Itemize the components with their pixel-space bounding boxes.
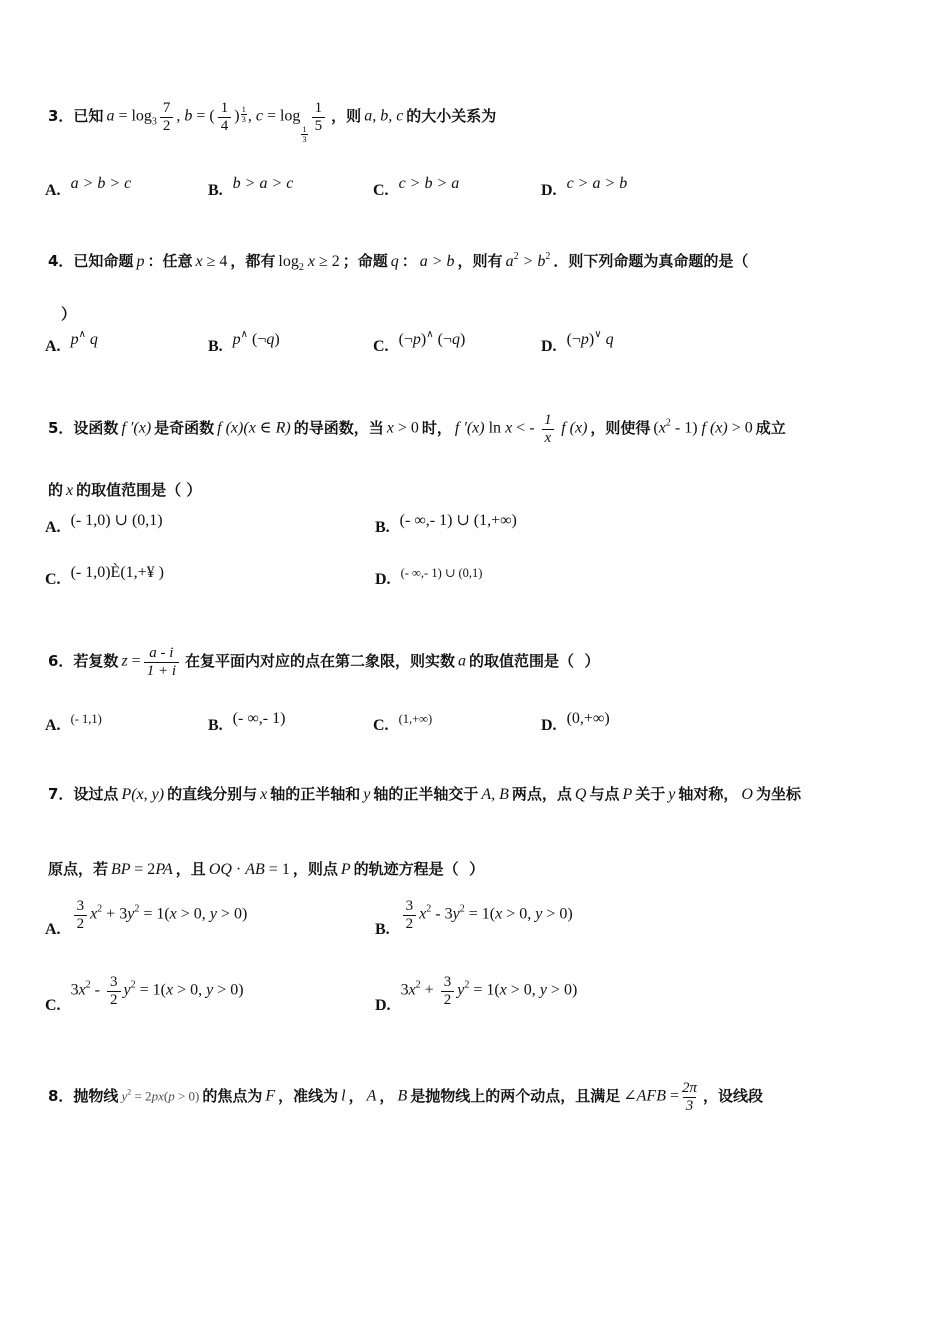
text-run: ∨	[594, 329, 601, 340]
option-content: (- 1,0)È(1,+¥ )	[71, 564, 164, 582]
text-run: 3	[401, 982, 409, 999]
option-b: B.(- ∞,- 1)	[208, 717, 373, 735]
text-run: 时，	[422, 419, 452, 437]
text-run: z	[121, 653, 131, 670]
text-run: x	[505, 420, 516, 437]
text-run: c > a > b	[567, 175, 628, 192]
option-label: D.	[541, 338, 557, 356]
option-b: B.(- ∞,- 1) ∪ (1,+∞)	[375, 517, 913, 537]
option-c: C.(- 1,0)È(1,+¥ )	[45, 571, 375, 589]
option-d: D.c > a > b	[541, 182, 913, 200]
question-5-options: A.(- 1,0) ∪ (0,1) B.(- ∞,- 1) ∪ (1,+∞) C…	[45, 517, 913, 589]
option-content: 32x2 - 3y2 = 1(x > 0, y > 0)	[400, 898, 573, 932]
text-run: y	[363, 786, 370, 803]
text-run: ：任意	[147, 252, 192, 270]
text-run: = 1(	[469, 982, 499, 999]
text-run: - 1)	[671, 420, 698, 437]
text-run: = 1(	[139, 906, 169, 923]
fraction-numerator: a - i	[149, 645, 173, 662]
text-run: px	[152, 1089, 164, 1104]
option-d: D.3x2 + 32y2 = 1(x > 0, y > 0)	[375, 981, 913, 1015]
text-run: y	[457, 982, 464, 999]
option-label: C.	[373, 182, 389, 200]
option-content: (- 1,1)	[71, 710, 102, 728]
fraction: 15	[312, 100, 326, 134]
text-run: y	[668, 786, 675, 803]
text-run: AFB	[637, 1088, 670, 1105]
text-run: x	[66, 482, 73, 499]
option-label: C.	[45, 997, 61, 1015]
text-run: 3	[152, 117, 157, 128]
text-run: x	[90, 906, 97, 923]
text-run: AB	[245, 861, 269, 878]
option-label: A.	[45, 519, 61, 537]
text-run: P(x, y)	[121, 786, 164, 803]
text-run: p	[136, 253, 144, 270]
text-run: ≥ 2	[319, 253, 340, 270]
fraction: 2π3	[682, 1080, 697, 1114]
question-5-stem-line2: 的x的取值范围是（ ）	[45, 479, 204, 500]
text-run: 原点，若	[48, 860, 108, 878]
text-run: Q	[575, 786, 587, 803]
text-run: 轴对称，	[678, 785, 738, 803]
text-run: +	[421, 982, 438, 999]
option-label: C.	[373, 338, 389, 356]
text-run: (¬	[567, 331, 581, 348]
question-5-stem: 5．设函数f ′(x)是奇函数f (x)(x ∈ R)的导函数，当x > 0时，…	[45, 412, 789, 446]
text-run: 的取值范围是（ ）	[469, 652, 599, 670]
text-run: (- ∞,- 1) ∪ (0,1)	[401, 566, 483, 580]
text-run: 是抛物线上的两个动点，且满足	[410, 1087, 620, 1105]
text-run: ，设线段	[703, 1087, 763, 1105]
text-run: x	[659, 420, 666, 437]
fraction-numerator: 1	[221, 100, 229, 117]
option-content: a > b > c	[71, 175, 132, 193]
fraction-numerator: 3	[77, 898, 85, 915]
text-run: = 1(	[136, 982, 166, 999]
option-c: C.(1,+∞)	[373, 717, 541, 735]
text-run: > 0,	[506, 906, 535, 923]
text-run: (- ∞,- 1) ∪ (1,+∞)	[400, 512, 517, 529]
fraction: a - i1 + i	[144, 645, 179, 679]
fraction-numerator: 3	[406, 898, 414, 915]
text-run: 的大小关系为	[406, 107, 496, 125]
fraction-denominator: 3	[241, 114, 247, 124]
fraction: 14	[218, 100, 232, 134]
option-content: (- ∞,- 1) ∪ (0,1)	[401, 564, 483, 582]
text-run: (- ∞,- 1)	[233, 710, 286, 727]
text-run: (1,+∞)	[399, 712, 433, 726]
text-run: 的取值范围是（ ）	[76, 481, 201, 499]
text-run: )	[234, 108, 239, 125]
text-run: ，	[379, 1087, 394, 1105]
text-run: > 0)	[551, 982, 577, 999]
question-8-stem: 8．抛物线y2 = 2px(p > 0)的焦点为F，准线为l，A，B是抛物线上的…	[45, 1080, 766, 1114]
text-run: (¬	[399, 331, 413, 348]
text-run: )	[460, 331, 465, 348]
fraction: 13	[241, 105, 247, 124]
fraction-denominator: 2	[403, 915, 417, 933]
text-run: > b	[519, 253, 546, 270]
text-run: = (	[196, 108, 214, 125]
option-label: D.	[541, 717, 557, 735]
fraction: 32	[441, 974, 455, 1008]
option-label: A.	[45, 338, 61, 356]
text-run: y	[206, 982, 217, 999]
text-run: b	[184, 108, 196, 125]
fraction-denominator: 1 + i	[144, 662, 179, 680]
text-run: c	[256, 108, 267, 125]
text-run: A	[367, 1088, 377, 1105]
fraction-denominator: 2	[107, 991, 121, 1009]
option-label: C.	[373, 717, 389, 735]
text-run: 3．已知	[48, 107, 103, 125]
text-run: B	[397, 1088, 407, 1105]
option-content: 3x2 - 32y2 = 1(x > 0, y > 0)	[71, 974, 244, 1008]
option-content: (¬p)∨ q	[567, 329, 614, 349]
text-run: q	[266, 331, 274, 348]
fraction-denominator: 5	[312, 117, 326, 135]
text-run: > 0)	[178, 1089, 199, 1104]
text-run: (- 1,0)È(1,+¥ )	[71, 564, 164, 581]
question-3-stem: 3．已知a = log372, b = (14)13, c = log1315，…	[45, 100, 499, 144]
text-run: 为坐标	[756, 785, 801, 803]
text-run: ，则使得	[590, 419, 650, 437]
text-run: 6．若复数	[48, 652, 118, 670]
text-run: > 0,	[511, 982, 540, 999]
text-run: 的轨迹方程是（ ）	[354, 860, 484, 878]
text-run: (0,+∞)	[567, 710, 610, 727]
text-run: 的焦点为	[202, 1087, 262, 1105]
option-label: D.	[541, 182, 557, 200]
text-run: x	[419, 906, 426, 923]
fraction-denominator: 2	[441, 991, 455, 1009]
text-run: )	[274, 331, 279, 348]
text-run: a	[458, 653, 466, 670]
option-c: C.3x2 - 32y2 = 1(x > 0, y > 0)	[45, 981, 375, 1015]
text-run: q	[602, 331, 614, 348]
text-run: p	[168, 1089, 178, 1104]
fraction: 13	[301, 125, 307, 144]
option-label: A.	[45, 921, 61, 939]
text-run: = log	[118, 108, 151, 125]
text-run: > 0)	[221, 906, 247, 923]
fraction-numerator: 1	[544, 412, 552, 429]
text-run: f ′(x)	[455, 420, 489, 437]
option-label: B.	[375, 519, 390, 537]
text-run: > 0)	[546, 906, 572, 923]
text-run: 8．抛物线	[48, 1087, 118, 1105]
text-run: > 0	[732, 420, 753, 437]
text-run: 的导函数，当	[294, 419, 384, 437]
option-d: D.(- ∞,- 1) ∪ (0,1)	[375, 571, 913, 589]
text-run: = 2	[134, 861, 155, 878]
text-run: 轴的正半轴交于	[373, 785, 478, 803]
question-3-options: A.a > b > c B.b > a > c C.c > b > a D.c …	[45, 182, 913, 200]
text-run: ，则	[331, 107, 361, 125]
text-run: f (x)	[698, 420, 732, 437]
option-b: B.p∧ (¬q)	[208, 336, 373, 356]
question-7-options: A.32x2 + 3y2 = 1(x > 0, y > 0) B.32x2 - …	[45, 905, 913, 1015]
text-run: ln	[489, 420, 505, 437]
fraction-denominator: 3	[683, 1097, 697, 1115]
fraction-denominator: 4	[218, 117, 232, 135]
text-run: x	[304, 253, 319, 270]
option-content: 32x2 + 3y2 = 1(x > 0, y > 0)	[71, 898, 248, 932]
text-run: BP	[111, 861, 134, 878]
option-d: D.(0,+∞)	[541, 717, 913, 735]
option-content: (- ∞,- 1)	[233, 710, 286, 728]
fraction-numerator: 3	[110, 974, 118, 991]
fraction: 32	[403, 898, 417, 932]
fraction-numerator: 7	[163, 100, 171, 117]
option-c: C.c > b > a	[373, 182, 541, 200]
text-run: ，且	[176, 860, 206, 878]
text-run: ，都有	[230, 252, 275, 270]
text-run: ；命题	[343, 252, 388, 270]
text-run: F	[265, 1088, 275, 1105]
text-run: ）	[61, 305, 76, 323]
option-content: (¬p)∧ (¬q)	[399, 329, 466, 349]
question-6-stem: 6．若复数z =a - i1 + i在复平面内对应的点在第二象限，则实数a的取值…	[45, 645, 602, 679]
text-run: x	[170, 906, 181, 923]
fraction-denominator: x	[542, 429, 555, 447]
text-run: l	[341, 1088, 345, 1105]
text-run: f (x)(x ∈ R)	[217, 420, 291, 437]
text-run: > 0,	[181, 906, 210, 923]
option-b: B.32x2 - 3y2 = 1(x > 0, y > 0)	[375, 905, 913, 939]
text-run: 5．设函数	[48, 419, 118, 437]
text-run: f ′(x)	[121, 420, 151, 437]
text-run: ∧	[426, 329, 433, 340]
option-d: D.(¬p)∨ q	[541, 336, 913, 356]
text-run: -	[91, 982, 104, 999]
text-run: 是奇函数	[154, 419, 214, 437]
text-run: PA	[155, 861, 172, 878]
option-label: B.	[208, 182, 223, 200]
text-run: x	[166, 982, 177, 999]
option-label: A.	[45, 717, 61, 735]
option-a: A.a > b > c	[45, 182, 208, 200]
text-run: 在复平面内对应的点在第二象限，则实数	[185, 652, 455, 670]
text-run: c > b > a	[399, 175, 460, 192]
text-run: a > b > c	[71, 175, 132, 192]
text-run: p	[71, 331, 79, 348]
fraction: 32	[74, 898, 88, 932]
option-label: A.	[45, 182, 61, 200]
exam-page: 3．已知a = log372, b = (14)13, c = log1315，…	[0, 0, 950, 1344]
text-run: =	[670, 1088, 679, 1105]
question-7-stem-line2: 原点，若BP = 2PA，且OQ · AB = 1，则点P的轨迹方程是（ ）	[45, 858, 487, 879]
option-content: (- ∞,- 1) ∪ (1,+∞)	[400, 510, 517, 530]
option-label: D.	[375, 997, 391, 1015]
text-run: p	[233, 331, 241, 348]
text-run: a	[106, 108, 118, 125]
text-run: x	[260, 786, 267, 803]
text-run: 的	[48, 481, 63, 499]
text-run: - 3	[431, 906, 452, 923]
text-run: =	[132, 653, 141, 670]
fraction-denominator: 2	[74, 915, 88, 933]
text-run: A, B	[481, 786, 509, 803]
text-run: (- 1,0) ∪ (0,1)	[71, 512, 163, 529]
text-run: x	[195, 253, 206, 270]
text-run: 两点，点	[512, 785, 572, 803]
text-run: ∠	[623, 1088, 636, 1105]
fraction-numerator: 3	[444, 974, 452, 991]
text-run: y	[124, 982, 131, 999]
text-run: (¬	[434, 331, 452, 348]
option-a: A.(- 1,0) ∪ (0,1)	[45, 517, 375, 537]
text-run: (- 1,1)	[71, 712, 102, 726]
text-run: O	[741, 786, 753, 803]
text-run: 3	[71, 982, 79, 999]
option-content: c > b > a	[399, 175, 460, 193]
text-run: OQ	[209, 861, 236, 878]
text-run: > 0,	[177, 982, 206, 999]
option-label: B.	[375, 921, 390, 939]
question-4-stem: 4．已知命题p：任意x ≥ 4，都有log2 x ≥ 2；命题q：a > b，则…	[45, 250, 751, 273]
text-run: + 3	[102, 906, 127, 923]
option-content: p∧ q	[71, 329, 98, 349]
question-7-stem-line1: 7．设过点P(x, y)的直线分别与x轴的正半轴和y轴的正半轴交于A, B两点，…	[45, 783, 804, 804]
text-run: x	[500, 982, 511, 999]
option-content: (- 1,0) ∪ (0,1)	[71, 510, 163, 530]
text-run: 成立	[756, 419, 786, 437]
question-4-stem-close: ）	[58, 303, 79, 324]
fraction-numerator: 1	[315, 100, 323, 117]
option-a: A.32x2 + 3y2 = 1(x > 0, y > 0)	[45, 905, 375, 939]
text-run: ·	[236, 861, 245, 878]
option-content: 3x2 + 32y2 = 1(x > 0, y > 0)	[401, 974, 578, 1008]
text-run: = log	[267, 108, 300, 125]
text-run: ，准线为	[278, 1087, 338, 1105]
text-run: = 1(	[465, 906, 495, 923]
text-run: ≥ 4	[207, 253, 228, 270]
text-run: = 1	[269, 861, 290, 878]
text-run: 的直线分别与	[167, 785, 257, 803]
text-run: y	[540, 982, 551, 999]
text-run: ，则点	[293, 860, 338, 878]
question-6-options: A.(- 1,1) B.(- ∞,- 1) C.(1,+∞) D.(0,+∞)	[45, 717, 913, 735]
option-content: (1,+∞)	[399, 710, 433, 728]
option-label: B.	[208, 717, 223, 735]
text-run: 关于	[635, 785, 665, 803]
text-run: = 2	[131, 1089, 151, 1104]
text-run: 7．设过点	[48, 785, 118, 803]
text-run: x	[387, 420, 398, 437]
text-run: ．则下列命题为真命题的是（	[553, 252, 748, 270]
text-run: 2	[545, 251, 550, 262]
text-run: a > b	[420, 253, 455, 270]
fraction: 32	[107, 974, 121, 1008]
text-run: 4．已知命题	[48, 252, 133, 270]
option-label: D.	[375, 571, 391, 589]
text-run: log	[278, 253, 298, 270]
text-run: ,	[248, 108, 256, 125]
text-run: > 0	[398, 420, 419, 437]
fraction-numerator: 1	[242, 105, 246, 114]
fraction: 72	[160, 100, 174, 134]
text-run: P	[622, 786, 632, 803]
fraction: 1x	[542, 412, 555, 446]
fraction-denominator: 3	[301, 134, 307, 144]
text-run: 轴的正半轴和	[270, 785, 360, 803]
option-content: b > a > c	[233, 175, 294, 193]
option-b: B.b > a > c	[208, 182, 373, 200]
text-run: 与点	[589, 785, 619, 803]
text-run: b > a > c	[233, 175, 294, 192]
fraction-numerator: 2π	[682, 1080, 697, 1097]
option-a: A.(- 1,1)	[45, 717, 208, 735]
text-run: x	[495, 906, 506, 923]
text-run: a, b, c	[364, 108, 403, 125]
text-run: y	[127, 906, 134, 923]
option-content: p∧ (¬q)	[233, 329, 280, 349]
text-run: P	[341, 861, 351, 878]
text-run: y	[453, 906, 460, 923]
text-run: > 0)	[217, 982, 243, 999]
text-run: < -	[516, 420, 538, 437]
fraction-denominator: 2	[160, 117, 174, 135]
text-run: q	[86, 331, 98, 348]
fraction-numerator: 1	[302, 125, 306, 134]
text-run: y	[210, 906, 221, 923]
text-run: a	[506, 253, 514, 270]
option-c: C.(¬p)∧ (¬q)	[373, 336, 541, 356]
option-content: c > a > b	[567, 175, 628, 193]
option-label: B.	[208, 338, 223, 356]
text-run: f (x)	[557, 420, 587, 437]
option-label: C.	[45, 571, 61, 589]
text-run: ，	[349, 1087, 364, 1105]
text-run: ：	[402, 252, 417, 270]
text-run: (¬	[248, 331, 266, 348]
option-a: A.p∧ q	[45, 336, 208, 356]
text-run: q	[391, 253, 399, 270]
text-run: y	[535, 906, 546, 923]
text-run: ，则有	[458, 252, 503, 270]
option-content: (0,+∞)	[567, 710, 610, 728]
question-4-options: A.p∧ q B.p∧ (¬q) C.(¬p)∧ (¬q) D.(¬p)∨ q	[45, 336, 913, 356]
